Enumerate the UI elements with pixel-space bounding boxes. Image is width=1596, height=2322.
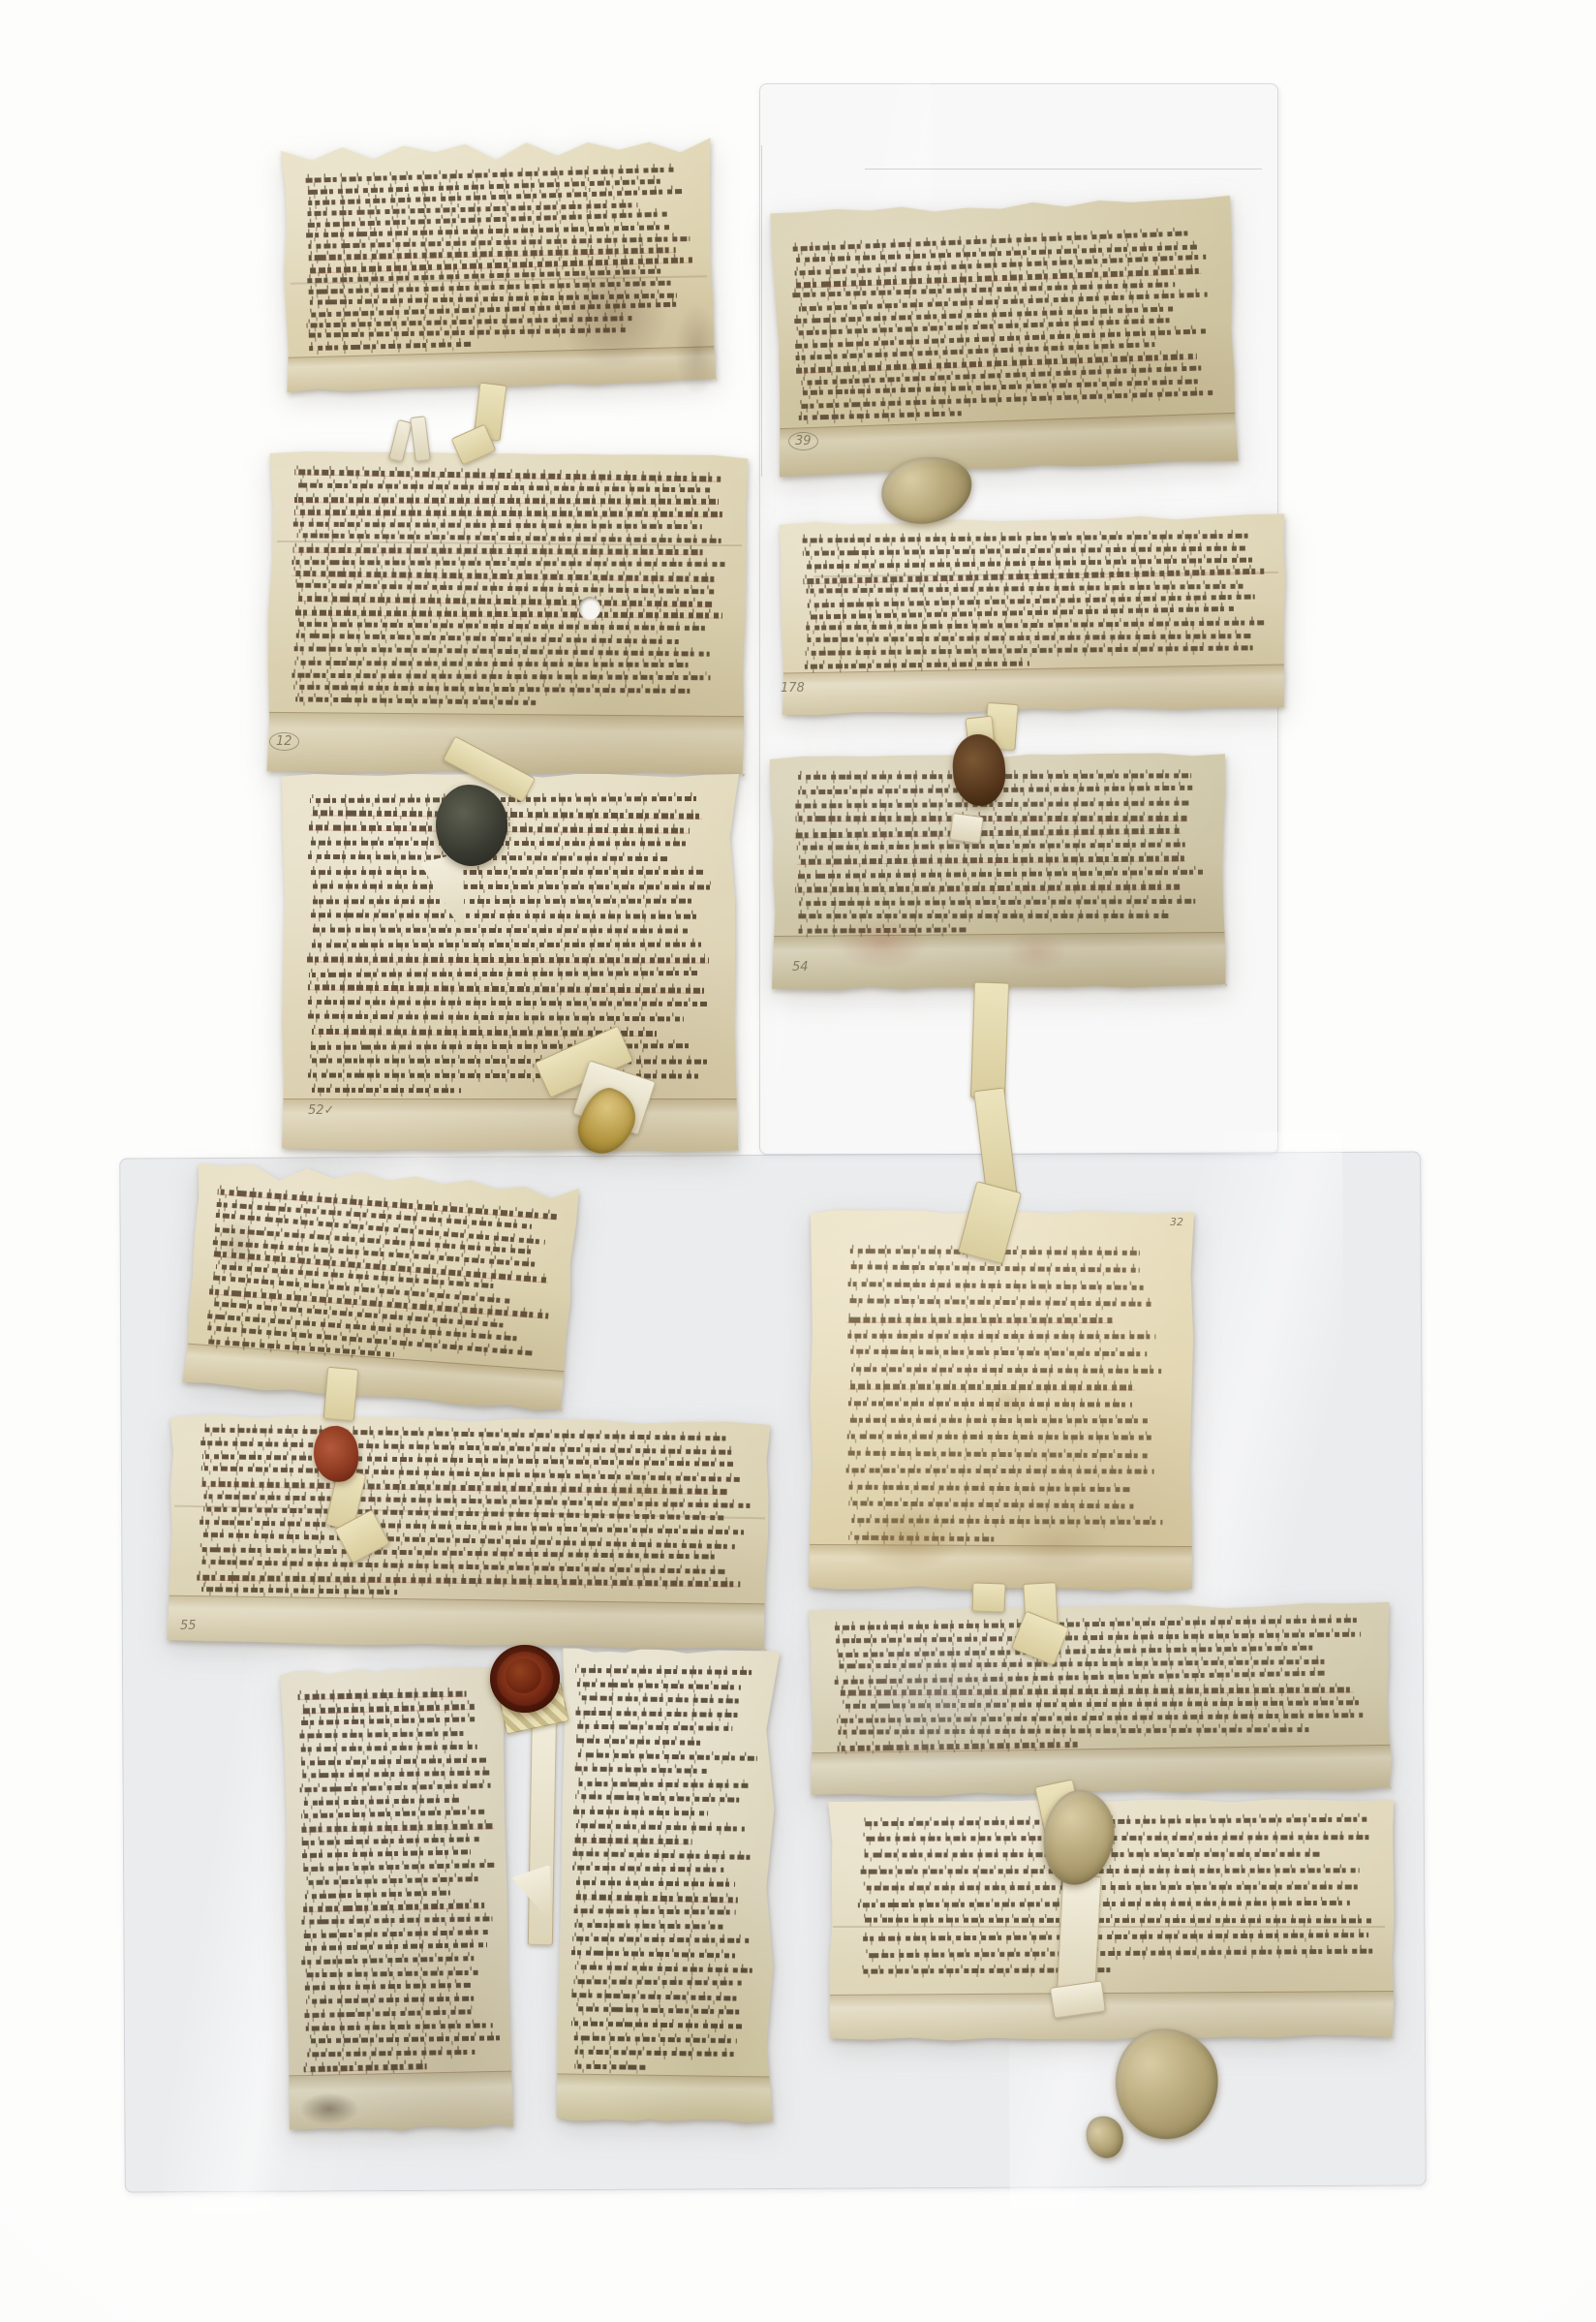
archival-annotations-layer: 391217852✓543255 [0, 0, 1596, 2322]
archival-number-12: 12 [269, 732, 299, 751]
archival-number-32: 32 [1170, 1217, 1183, 1227]
archival-number-52: 52✓ [308, 1104, 334, 1117]
archival-number-39: 39 [788, 432, 818, 450]
archival-number-54: 54 [792, 961, 809, 974]
archival-number-55: 55 [180, 1620, 197, 1632]
archival-number-178: 178 [781, 682, 805, 695]
photograph-of-medieval-charters: 391217852✓543255 [0, 0, 1596, 2322]
